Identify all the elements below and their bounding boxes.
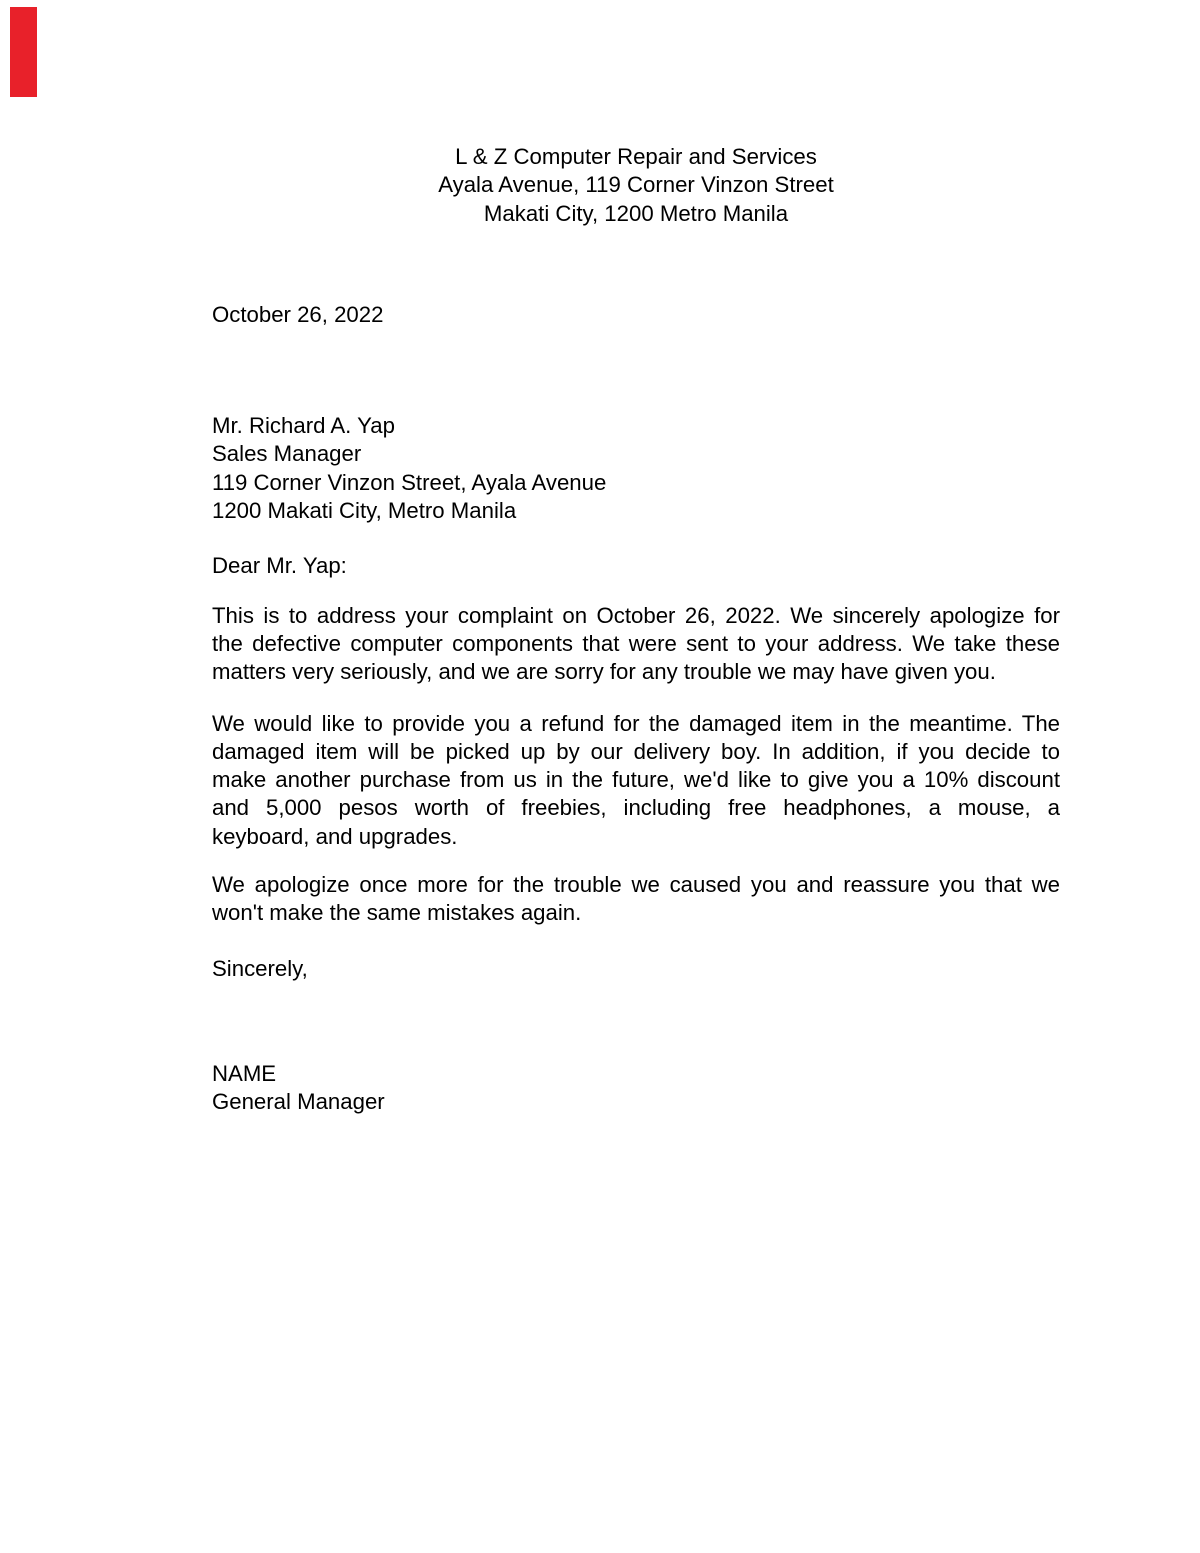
letter-date: October 26, 2022 [212, 301, 1060, 329]
text-line: We would like to provide you a refund fo… [212, 710, 1060, 738]
text-line: Makati City, 1200 Metro Manila [212, 200, 1060, 228]
body-paragraph-1: This is to address your complaint on Oct… [212, 602, 1060, 687]
text-line: and 5,000 pesos worth of freebies, inclu… [212, 794, 1060, 822]
letter-content: L & Z Computer Repair and ServicesAyala … [212, 143, 1060, 1117]
text-line: make another purchase from us in the fut… [212, 766, 1060, 794]
text-line: 119 Corner Vinzon Street, Ayala Avenue [212, 469, 1060, 497]
text-line: the defective computer components that w… [212, 630, 1060, 658]
body-paragraph-3: We apologize once more for the trouble w… [212, 871, 1060, 928]
red-bookmark-ribbon [10, 7, 37, 97]
text-line: We apologize once more for the trouble w… [212, 871, 1060, 899]
text-line: Mr. Richard A. Yap [212, 412, 1060, 440]
salutation: Dear Mr. Yap: [212, 552, 1060, 580]
text-line: matters very seriously, and we are sorry… [212, 658, 1060, 686]
text-line: L & Z Computer Repair and Services [212, 143, 1060, 171]
signature-title: General Manager [212, 1088, 1060, 1116]
signature-name: NAME [212, 1060, 1060, 1088]
recipient-address-block: Mr. Richard A. YapSales Manager119 Corne… [212, 412, 1060, 525]
letter-page: L & Z Computer Repair and ServicesAyala … [0, 0, 1200, 1553]
text-line: This is to address your complaint on Oct… [212, 602, 1060, 630]
text-line: Sales Manager [212, 440, 1060, 468]
text-line: damaged item will be picked up by our de… [212, 738, 1060, 766]
text-line: keyboard, and upgrades. [212, 823, 1060, 851]
signature-block: NAME General Manager [212, 1060, 1060, 1117]
text-line: Ayala Avenue, 119 Corner Vinzon Street [212, 171, 1060, 199]
valediction: Sincerely, [212, 955, 1060, 983]
text-line: 1200 Makati City, Metro Manila [212, 497, 1060, 525]
text-line: won't make the same mistakes again. [212, 899, 1060, 927]
letterhead: L & Z Computer Repair and ServicesAyala … [212, 143, 1060, 228]
body-paragraph-2: We would like to provide you a refund fo… [212, 710, 1060, 851]
